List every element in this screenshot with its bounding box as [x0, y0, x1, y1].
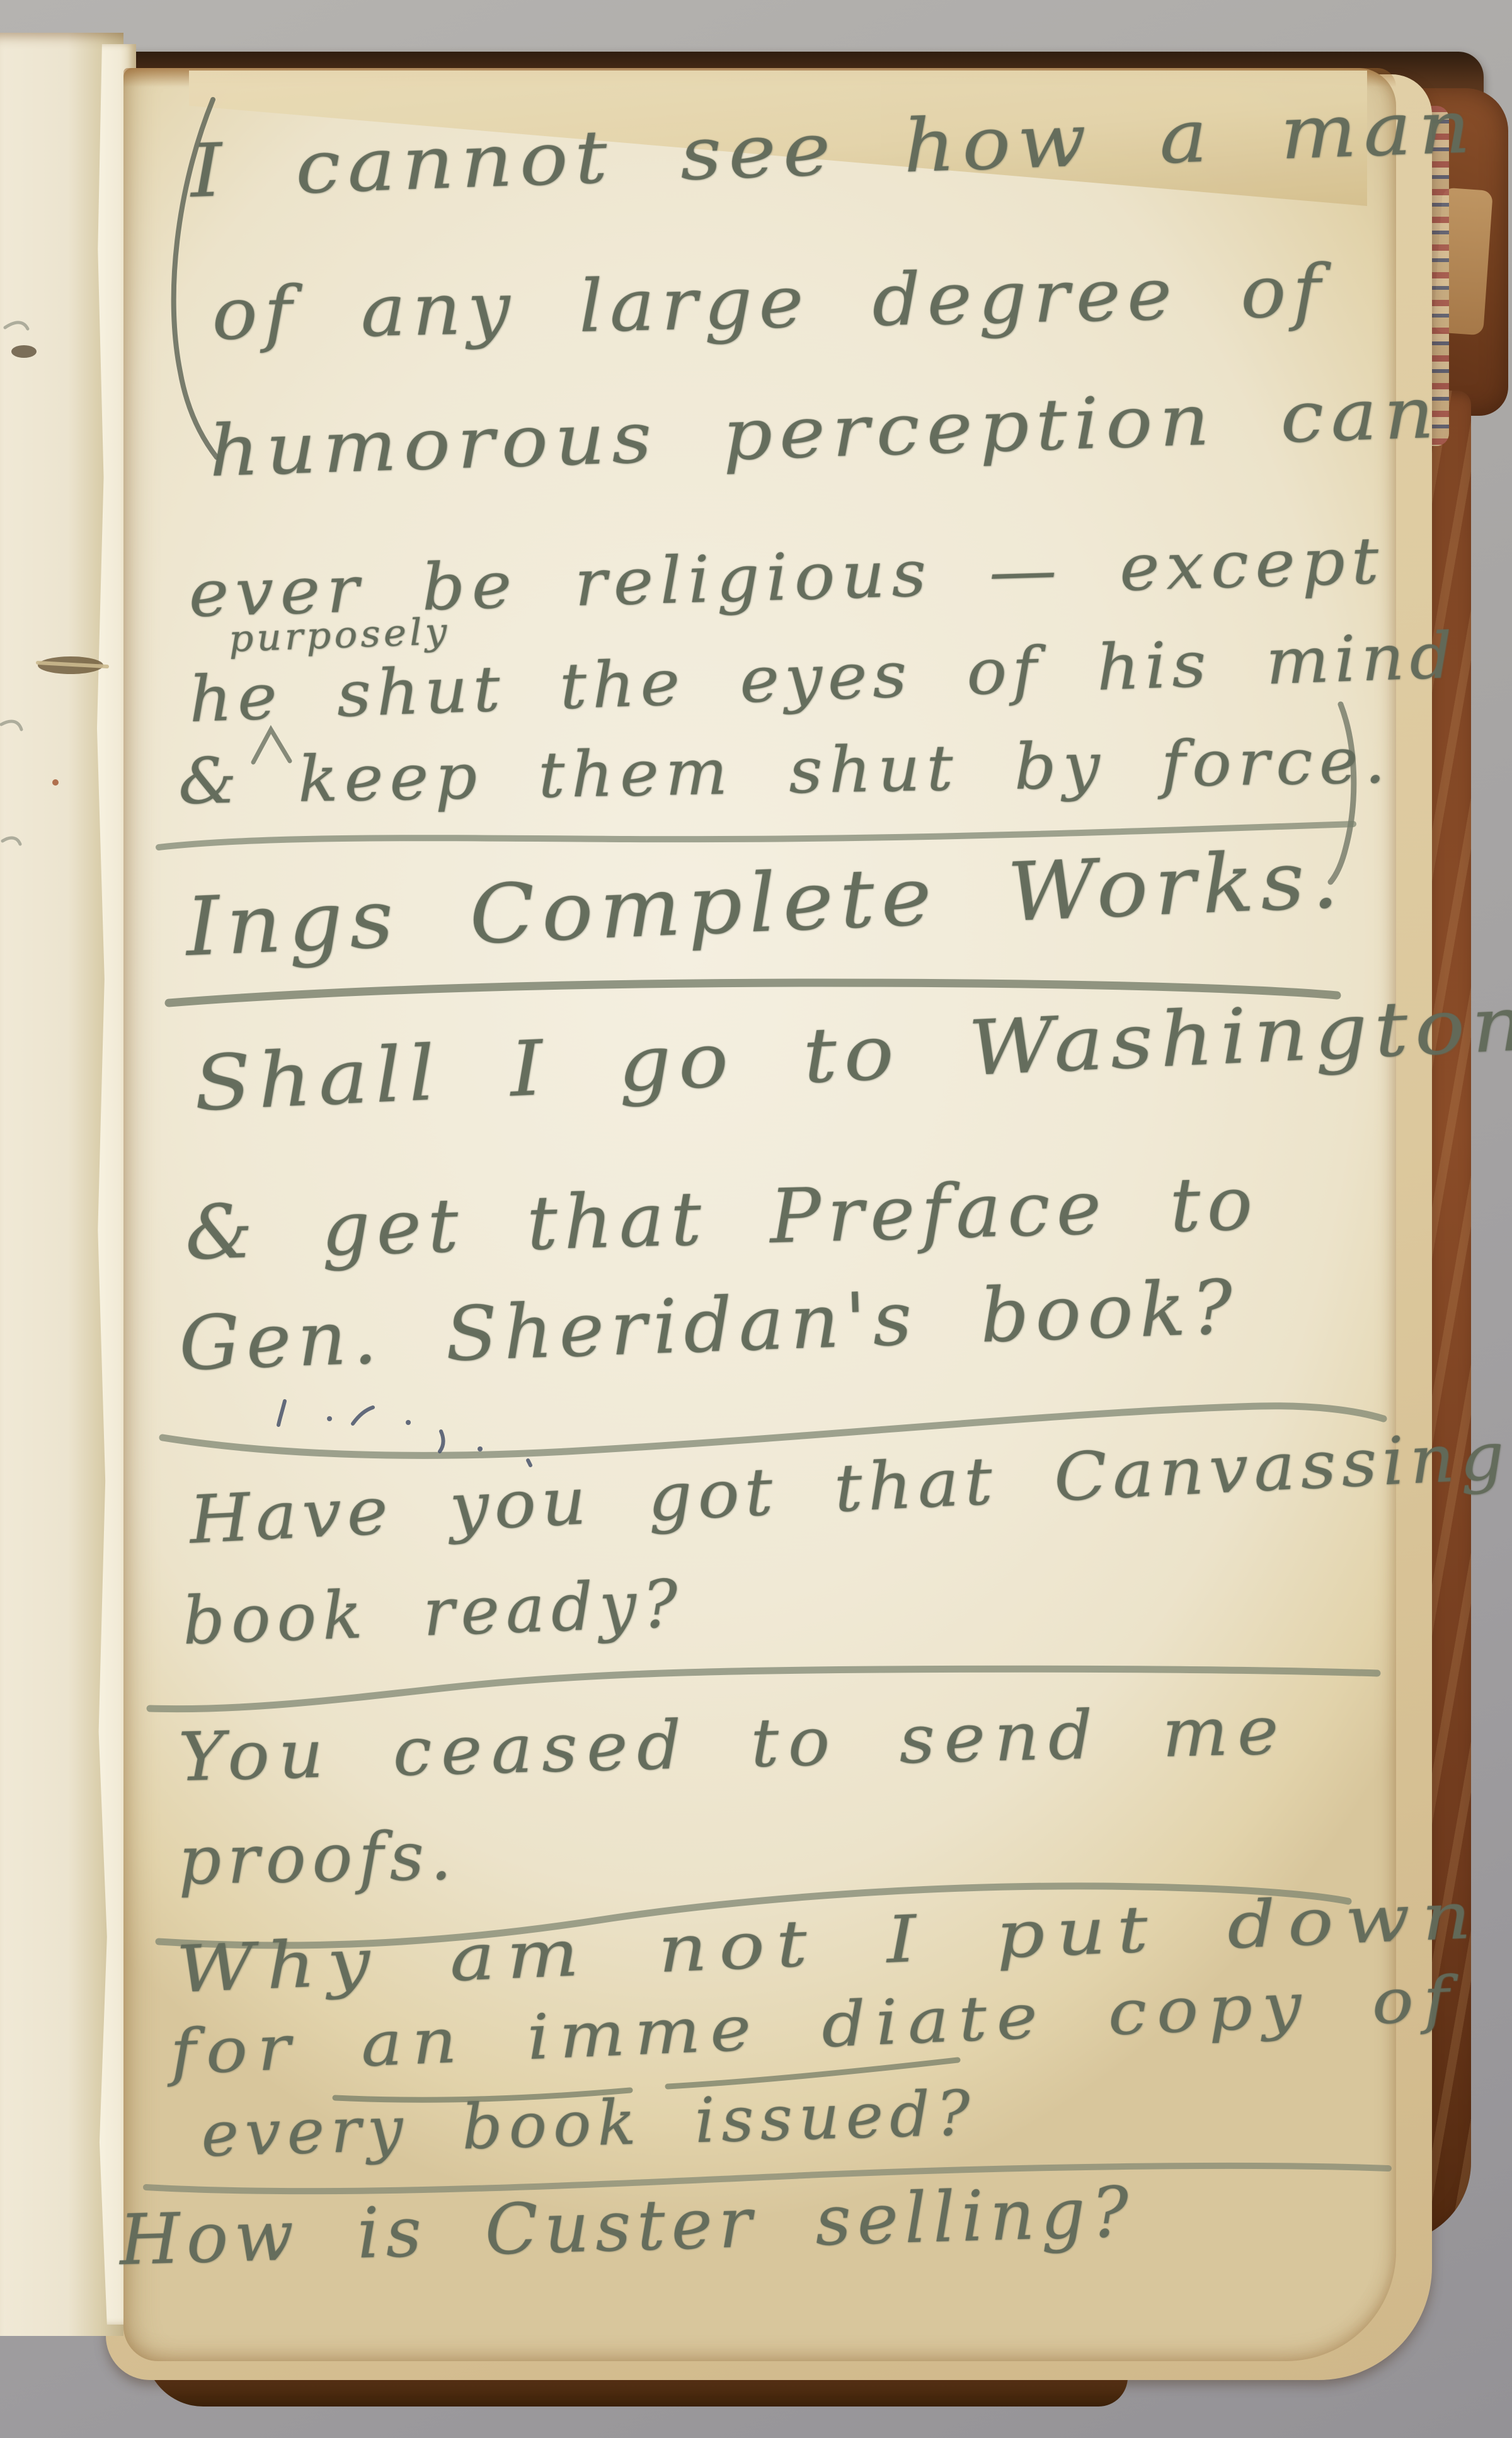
- notebook-photo: I cannot see how a man of any large degr…: [0, 0, 1512, 2438]
- handwriting-line: proofs.: [178, 1817, 459, 1899]
- inserted-word: purposely: [228, 610, 451, 660]
- line-segment: for an: [169, 2002, 529, 2089]
